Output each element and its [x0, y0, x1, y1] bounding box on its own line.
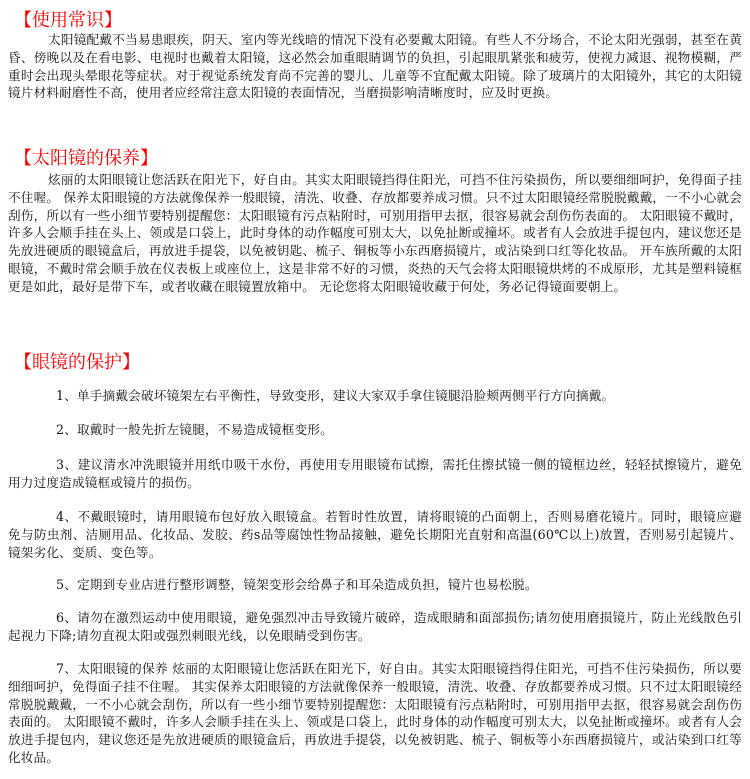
- list-item-6: 6、请勿在激烈运动中使用眼镜，避免强烈冲击导致镜片破碎，造成眼睛和面部损伤;请勿…: [8, 609, 742, 645]
- section-heading-glasses-protection: 【眼镜的保护】: [14, 352, 140, 374]
- list-item-1: 1、单手摘戴会破坏镜架左右平衡性，导致变形，建议大家双手拿住镜腿沿脸颊两侧平行方…: [8, 387, 742, 405]
- paragraph-sunglasses-care: 炫丽的太阳眼镜让您活跃在阳光下，好自由。其实太阳眼镜挡得住阳光，可挡不住污染损伤…: [8, 171, 742, 296]
- paragraph-usage: 太阳镜配戴不当易患眼疾，阴天、室内等光线暗的情况下没有必要戴太阳镜。有些人不分场…: [8, 31, 742, 102]
- list-item-2: 2、取戴时一般先折左镜腿，不易造成镜框变形。: [8, 421, 742, 439]
- list-item-3: 3、建议清水冲洗眼镜并用纸巾吸干水份，再使用专用眼镜布试擦，需托住擦拭镜一侧的镜…: [8, 456, 742, 492]
- list-item-7: 7、太阳眼镜的保养 炫丽的太阳眼镜让您活跃在阳光下，好自由。其实太阳眼镜挡得住阳…: [8, 660, 742, 767]
- list-item-5: 5、定期到专业店进行整形调整，镜架变形会给鼻子和耳朵造成负担，镜片也易松脱。: [8, 576, 742, 594]
- list-item-4: 4、不戴眼镜时，请用眼镜布包好放入眼镜盒。若暂时性放置，请将眼镜的凸面朝上，否则…: [8, 508, 742, 561]
- section-heading-sunglasses-care: 【太阳镜的保养】: [14, 148, 158, 170]
- section-heading-usage: 【使用常识】: [14, 10, 122, 32]
